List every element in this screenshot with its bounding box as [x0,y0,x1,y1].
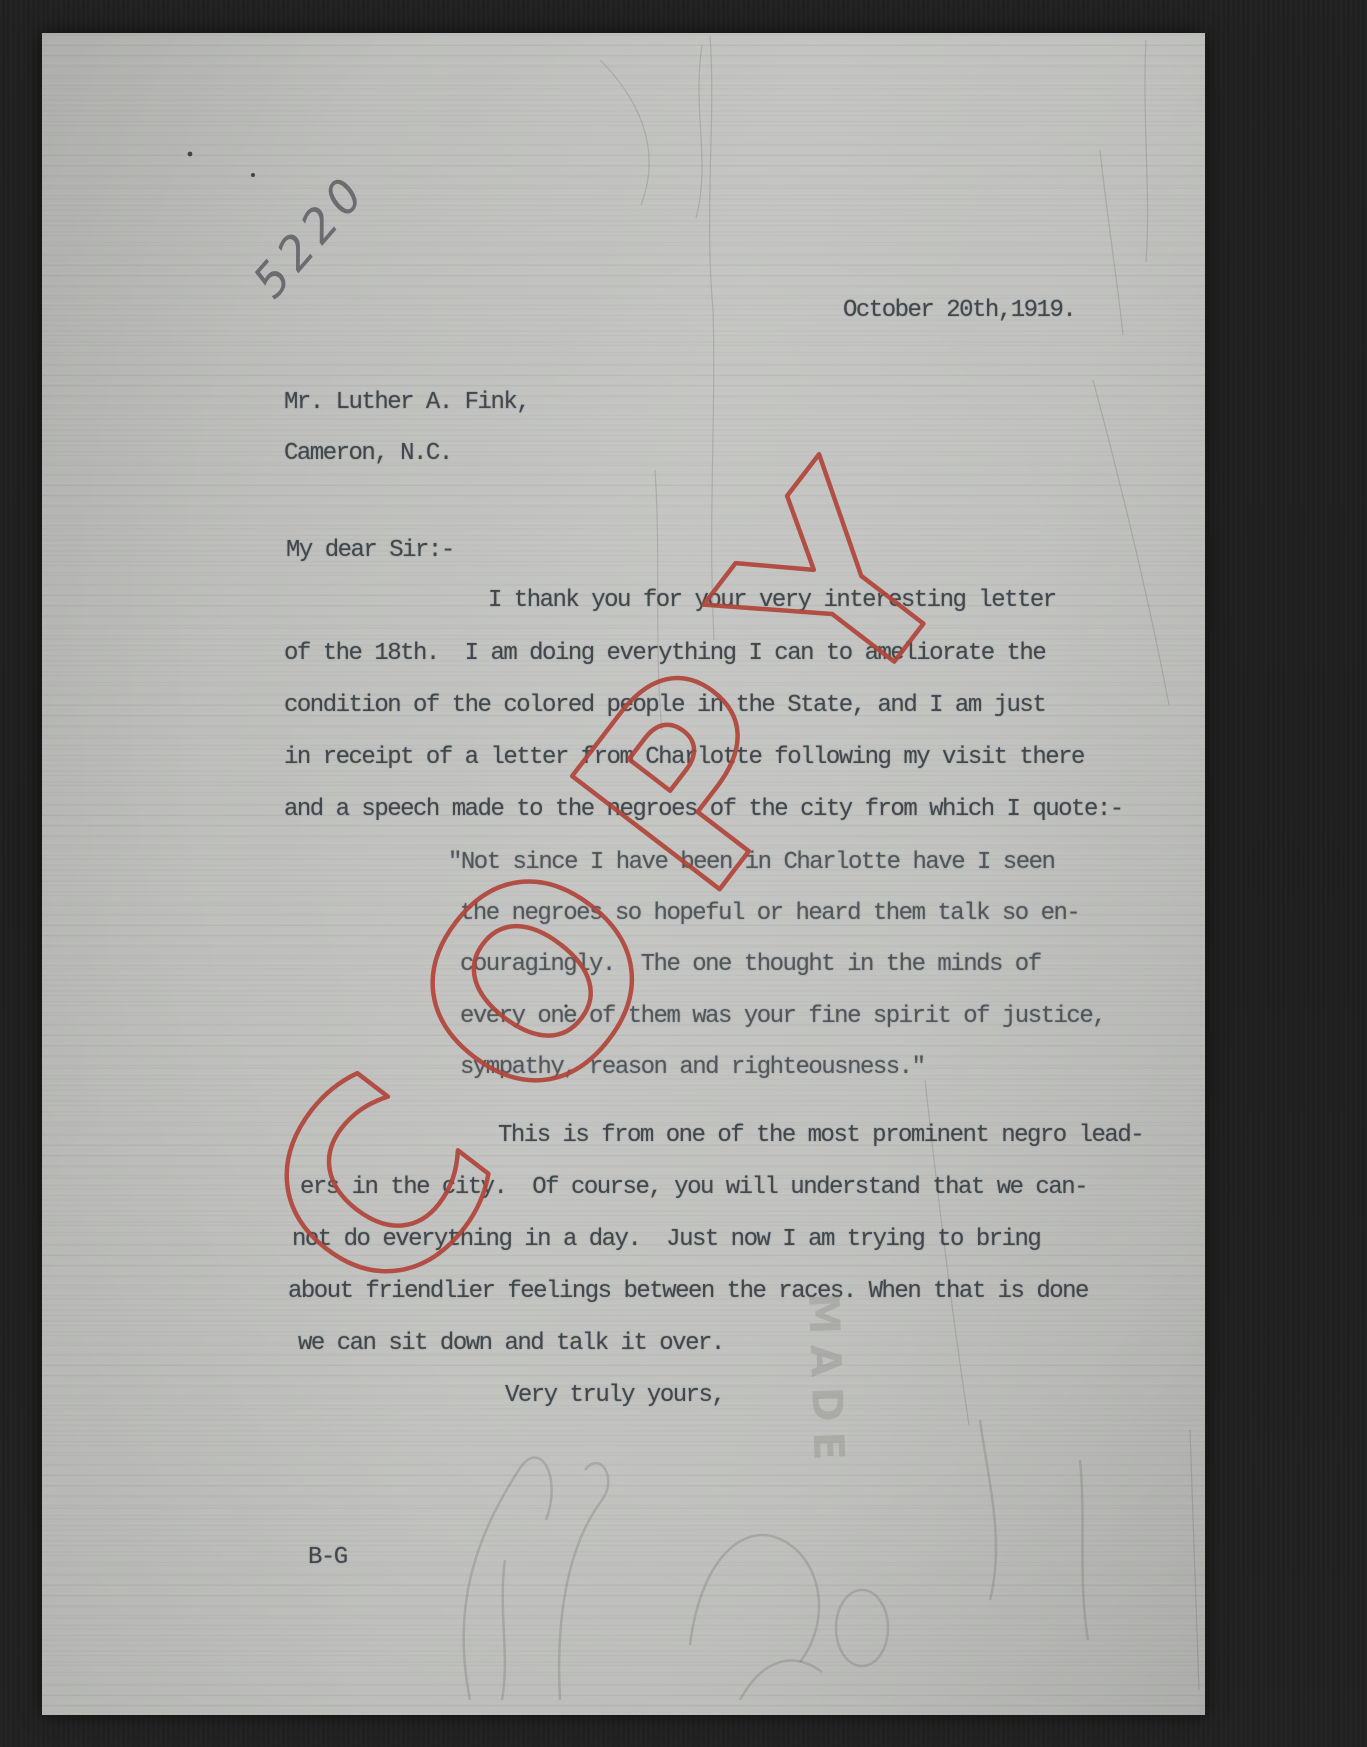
typist-initials: B-G [308,1545,347,1571]
recipient-name-line: Mr. Luther A. Fink, [284,390,529,416]
quote-line: "Not since I have been in Charlotte have… [448,850,1054,876]
closing-line: Very truly yours, [505,1383,724,1409]
body-line: of the 18th. I am doing everything I can… [284,641,1045,667]
quote-line: every one of them was your fine spirit o… [460,1004,1105,1030]
body-line: ers in the city. Of course, you will und… [300,1175,1087,1201]
quote-line: sympathy, reason and righteousness." [460,1055,924,1081]
quote-line: couragingly. The one thought in the mind… [460,952,1041,978]
body-line: I thank you for your very interesting le… [488,588,1056,614]
quote-line: the negroes so hopeful or heard them tal… [460,901,1079,927]
body-line: condition of the colored people in the S… [284,693,1045,719]
recipient-city-line: Cameron, N.C. [284,441,452,467]
date-line: October 20th,1919. [843,298,1075,324]
body-line: not do everything in a day. Just now I a… [292,1227,1040,1253]
body-line: in receipt of a letter from Charlotte fo… [284,745,1084,771]
body-line: This is from one of the most prominent n… [498,1123,1143,1149]
body-line: and a speech made to the negroes of the … [284,797,1123,823]
body-line: we can sit down and talk it over. [298,1331,724,1357]
body-line: about friendlier feelings between the ra… [288,1279,1088,1305]
salutation-line: My dear Sir:- [286,538,454,564]
scan-background: October 20th,1919. Mr. Luther A. Fink, C… [0,0,1367,1747]
